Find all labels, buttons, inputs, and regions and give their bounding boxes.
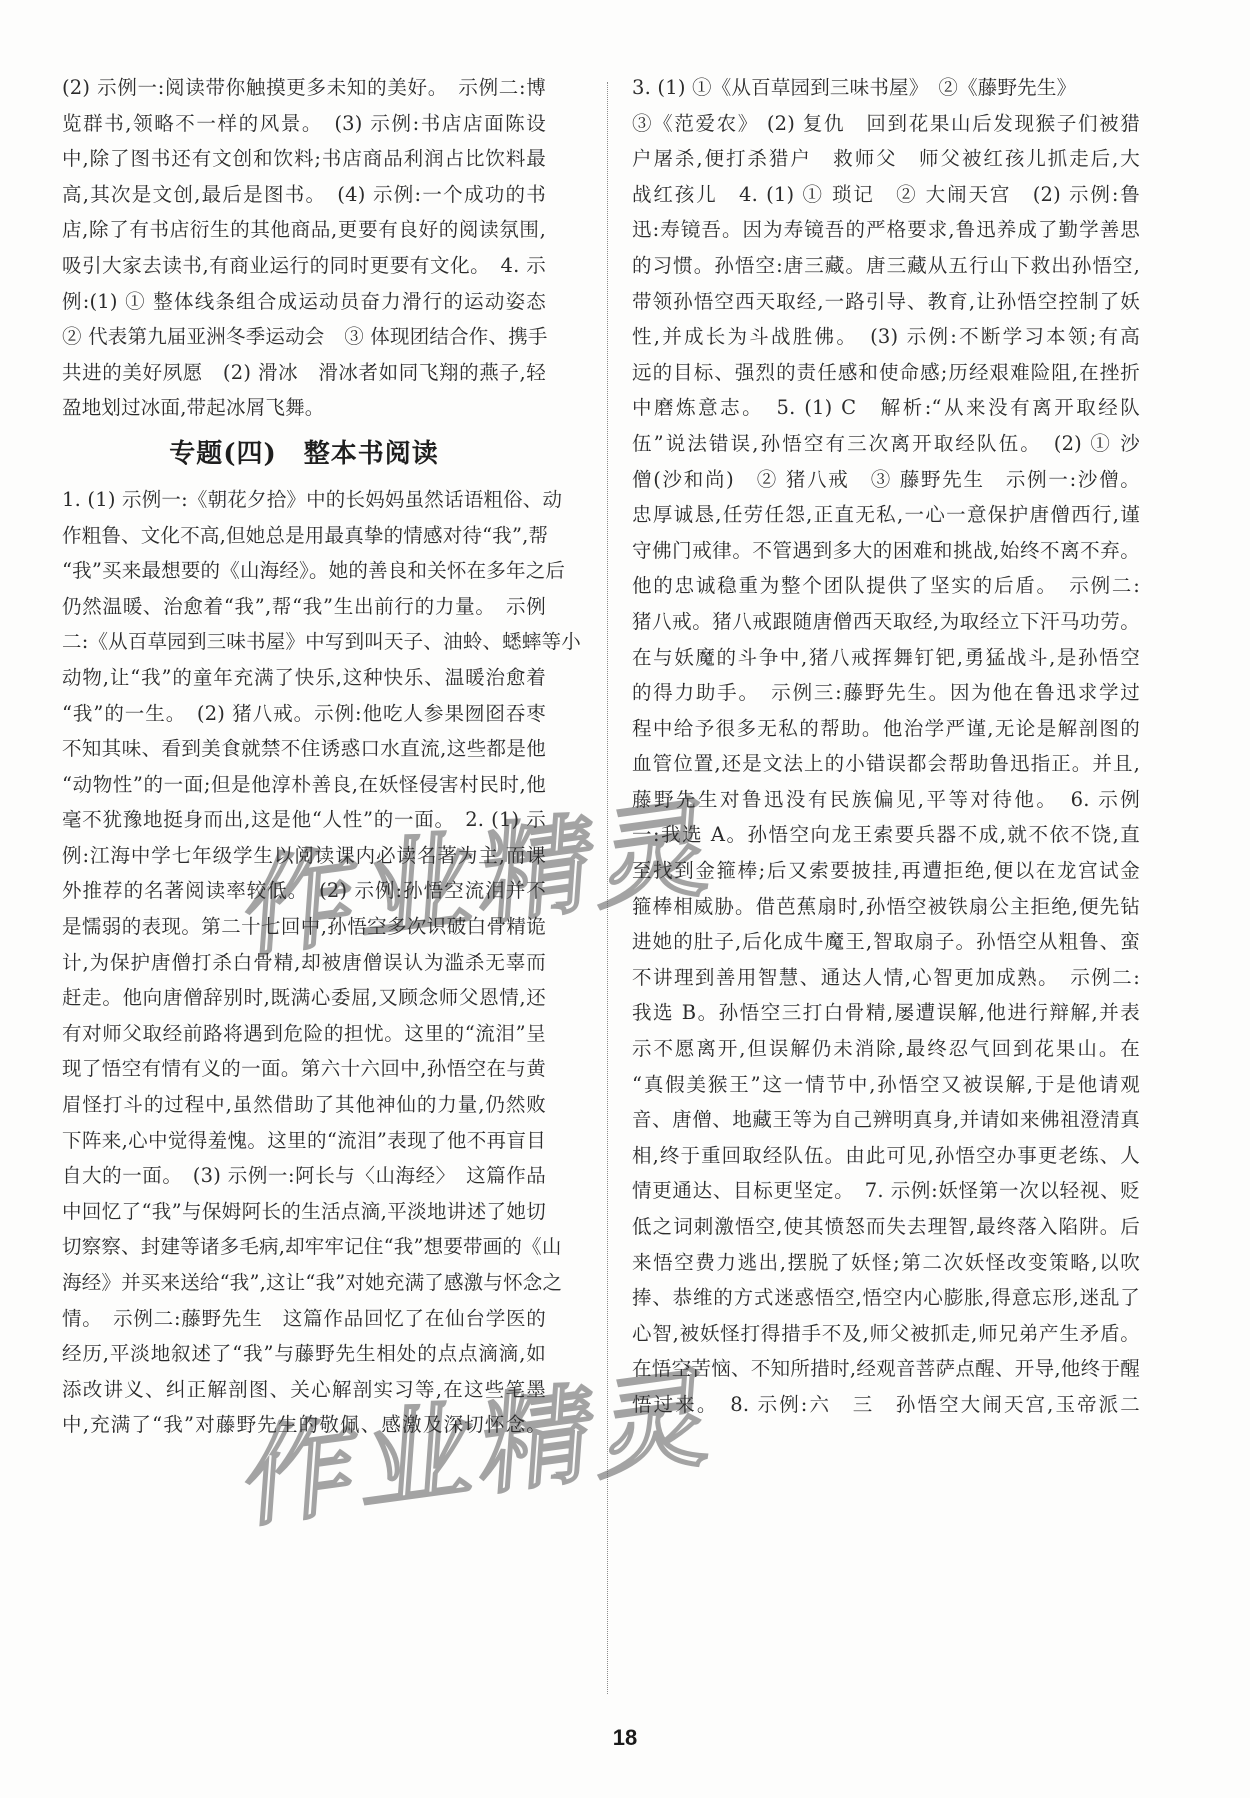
text-line: 添改讲义、纠正解剖图、关心解剖实习等,在这些笔墨 [62,1372,546,1408]
text-line: ② 代表第九届亚洲冬季运动会 ③ 体现团结合作、携手 [62,319,546,355]
text-line: 例:江海中学七年级学生以阅读课内必读名著为主,而课 [62,838,546,874]
text-line: 箍棒相威胁。借芭蕉扇时,孙悟空被铁扇公主拒绝,便先钻 [632,889,1140,925]
text-line: 下阵来,心中觉得羞愧。这里的“流泪”表现了他不再盲目 [62,1123,546,1159]
text-line: 外推荐的名著阅读率较低。 (2) 示例:孙悟空流泪并不 [62,873,546,909]
left-column: (2) 示例一:阅读带你触摸更多未知的美好。 示例二:博览群书,领略不一样的风景… [62,70,546,1443]
text-line: 有对师父取经前路将遇到危险的担忧。这里的“流泪”呈 [62,1016,546,1052]
text-line: ③《范爱农》 (2) 复仇 回到花果山后发现猴子们被猎 [632,106,1140,142]
text-line: 动物,让“我”的童年充满了快乐,这种快乐、温暖治愈着 [62,660,546,696]
text-line: 眉怪打斗的过程中,虽然借助了其他神仙的力量,仍然败 [62,1087,546,1123]
column-divider [607,82,608,1694]
text-line: 盈地划过冰面,带起冰屑飞舞。 [62,390,546,426]
text-line: 低之词刺激悟空,使其愤怒而失去理智,最终落入陷阱。后 [632,1209,1140,1245]
text-line: 例:(1) ① 整体线条组合成运动员奋力滑行的运动姿态 [62,284,546,320]
text-line: 中回忆了“我”与保姆阿长的生活点滴,平淡地讲述了她切 [62,1194,546,1230]
text-line: 性,并成长为斗战胜佛。 (3) 示例:不断学习本领;有高 [632,319,1140,355]
text-line: 僧(沙和尚) ② 猪八戒 ③ 藤野先生 示例一:沙僧。 [632,462,1140,498]
text-line: 在悟空苦恼、不知所措时,经观音菩萨点醒、开导,他终于醒 [632,1351,1140,1387]
page-number: 18 [0,1725,1250,1751]
text-line: 览群书,领略不一样的风景。 (3) 示例:书店店面陈设 [62,106,546,142]
text-line: 自大的一面。 (3) 示例一:阿长与〈山海经〉 这篇作品 [62,1158,546,1194]
text-line: 进她的肚子,后化成牛魔王,智取扇子。孙悟空从粗鲁、蛮 [632,924,1140,960]
text-line: 户屠杀,便打杀猎户 救师父 师父被红孩儿抓走后,大 [632,141,1140,177]
text-line: 高,其次是文创,最后是图书。 (4) 示例:一个成功的书 [62,177,546,213]
text-line: “真假美猴王”这一情节中,孙悟空又被误解,于是他请观 [632,1067,1140,1103]
text-line: 血管位置,还是文法上的小错误都会帮助鲁迅指正。并且, [632,746,1140,782]
text-line: 捧、恭维的方式迷惑悟空,悟空内心膨胀,得意忘形,迷乱了 [632,1280,1140,1316]
text-line: “我”买来最想要的《山海经》。她的善良和关怀在多年之后 [62,553,546,589]
text-line: 店,除了有书店衍生的其他商品,更要有良好的阅读氛围, [62,212,546,248]
text-line: 藤野先生对鲁迅没有民族偏见,平等对待他。 6. 示例 [632,782,1140,818]
text-line: 计,为保护唐僧打杀白骨精,却被唐僧误认为滥杀无辜而 [62,945,546,981]
text-line: 毫不犹豫地挺身而出,这是他“人性”的一面。 2. (1) 示 [62,802,546,838]
text-line: 远的目标、强烈的责任感和使命感;历经艰难险阻,在挫折 [632,355,1140,391]
text-line: 赶走。他向唐僧辞别时,既满心委屈,又顾念师父恩情,还 [62,980,546,1016]
text-line: 不知其味、看到美食就禁不住诱惑口水直流,这些都是他 [62,731,546,767]
text-line: 中磨炼意志。 5. (1) C 解析:“从来没有离开取经队 [632,390,1140,426]
text-line: 经历,平淡地叙述了“我”与藤野先生相处的点点滴滴,如 [62,1336,546,1372]
text-line: 忠厚诚恳,任劳任怨,正直无私,一心一意保护唐僧西行,谨 [632,497,1140,533]
text-line: 心智,被妖怪打得措手不及,师父被抓走,师兄弟产生矛盾。 [632,1316,1140,1352]
text-line: 吸引大家去读书,有商业运行的同时更要有文化。 4. 示 [62,248,546,284]
text-line: 悟过来。 8. 示例:六 三 孙悟空大闹天宫,玉帝派二 [632,1387,1140,1423]
left-top-answers: (2) 示例一:阅读带你触摸更多未知的美好。 示例二:博览群书,领略不一样的风景… [62,70,546,426]
text-line: 迅:寿镜吾。因为寿镜吾的严格要求,鲁迅养成了勤学善思 [632,212,1140,248]
text-line: “我”的一生。 (2) 猪八戒。示例:他吃人参果囫囵吞枣 [62,696,546,732]
text-line: 共进的美好夙愿 (2) 滑冰 滑冰者如同飞翔的燕子,轻 [62,355,546,391]
text-line: 3. (1) ①《从百草园到三味书屋》 ②《藤野先生》 [632,70,1140,106]
right-column: 3. (1) ①《从百草园到三味书屋》 ②《藤野先生》③《范爱农》 (2) 复仇… [632,70,1140,1423]
left-bottom-answers: 1. (1) 示例一:《朝花夕拾》中的长妈妈虽然话语粗俗、动作粗鲁、文化不高,但… [62,482,546,1443]
text-line: 中,除了图书还有文创和饮料;书店商品利润占比饮料最 [62,141,546,177]
text-line: 的得力助手。 示例三:藤野先生。因为他在鲁迅求学过 [632,675,1140,711]
right-answers: 3. (1) ①《从百草园到三味书屋》 ②《藤野先生》③《范爱农》 (2) 复仇… [632,70,1140,1423]
text-line: 情更通达、目标更坚定。 7. 示例:妖怪第一次以轻视、贬 [632,1173,1140,1209]
text-line: 音、唐僧、地藏王等为自己辨明真身,并请如来佛祖澄清真 [632,1102,1140,1138]
text-line: 至找到金箍棒;后又索要披挂,再遭拒绝,便以在龙宫试金 [632,853,1140,889]
text-line: 情。 示例二:藤野先生 这篇作品回忆了在仙台学医的 [62,1301,546,1337]
text-line: 在与妖魔的斗争中,猪八戒挥舞钉钯,勇猛战斗,是孙悟空 [632,640,1140,676]
text-line: 示不愿离开,但误解仍未消除,最终忍气回到花果山。在 [632,1031,1140,1067]
text-line: 的习惯。孙悟空:唐三藏。唐三藏从五行山下救出孙悟空, [632,248,1140,284]
text-line: 相,终于重回取经队伍。由此可见,孙悟空办事更老练、人 [632,1138,1140,1174]
text-line: 作粗鲁、文化不高,但她总是用最真挚的情感对待“我”,帮 [62,518,546,554]
text-line: 他的忠诚稳重为整个团队提供了坚实的后盾。 示例二: [632,568,1140,604]
text-line: 战红孩儿 4. (1) ① 琐记 ② 大闹天宫 (2) 示例:鲁 [632,177,1140,213]
text-line: 程中给予很多无私的帮助。他治学严谨,无论是解剖图的 [632,711,1140,747]
text-line: 是懦弱的表现。第二十七回中,孙悟空多次识破白骨精诡 [62,909,546,945]
text-line: 不讲理到善用智慧、通达人情,心智更加成熟。 示例二: [632,960,1140,996]
text-line: 伍”说法错误,孙悟空有三次离开取经队伍。 (2) ① 沙 [632,426,1140,462]
text-line: 带领孙悟空西天取经,一路引导、教育,让孙悟空控制了妖 [632,284,1140,320]
text-line: 1. (1) 示例一:《朝花夕拾》中的长妈妈虽然话语粗俗、动 [62,482,546,518]
text-line: 一:我选 A。孙悟空向龙王索要兵器不成,就不依不饶,直 [632,817,1140,853]
text-line: “动物性”的一面;但是他淳朴善良,在妖怪侵害村民时,他 [62,767,546,803]
text-line: 现了悟空有情有义的一面。第六十六回中,孙悟空在与黄 [62,1051,546,1087]
text-line: 二:《从百草园到三味书屋》中写到叫天子、油蛉、蟋蟀等小 [62,624,546,660]
text-line: 仍然温暖、治愈着“我”,帮“我”生出前行的力量。 示例 [62,589,546,625]
text-line: 海经》并买来送给“我”,这让“我”对她充满了感激与怀念之 [62,1265,546,1301]
section-title: 专题(四) 整本书阅读 [62,426,546,482]
text-line: 守佛门戒律。不管遇到多大的困难和挑战,始终不离不弃。 [632,533,1140,569]
text-line: 我选 B。孙悟空三打白骨精,屡遭误解,他进行辩解,并表 [632,995,1140,1031]
text-line: (2) 示例一:阅读带你触摸更多未知的美好。 示例二:博 [62,70,546,106]
text-line: 切察察、封建等诸多毛病,却牢牢记住“我”想要带画的《山 [62,1229,546,1265]
text-line: 来悟空费力逃出,摆脱了妖怪;第二次妖怪改变策略,以吹 [632,1245,1140,1281]
text-line: 猪八戒。猪八戒跟随唐僧西天取经,为取经立下汗马功劳。 [632,604,1140,640]
text-line: 中,充满了“我”对藤野先生的敬佩、感激及深切怀念。 [62,1407,546,1443]
